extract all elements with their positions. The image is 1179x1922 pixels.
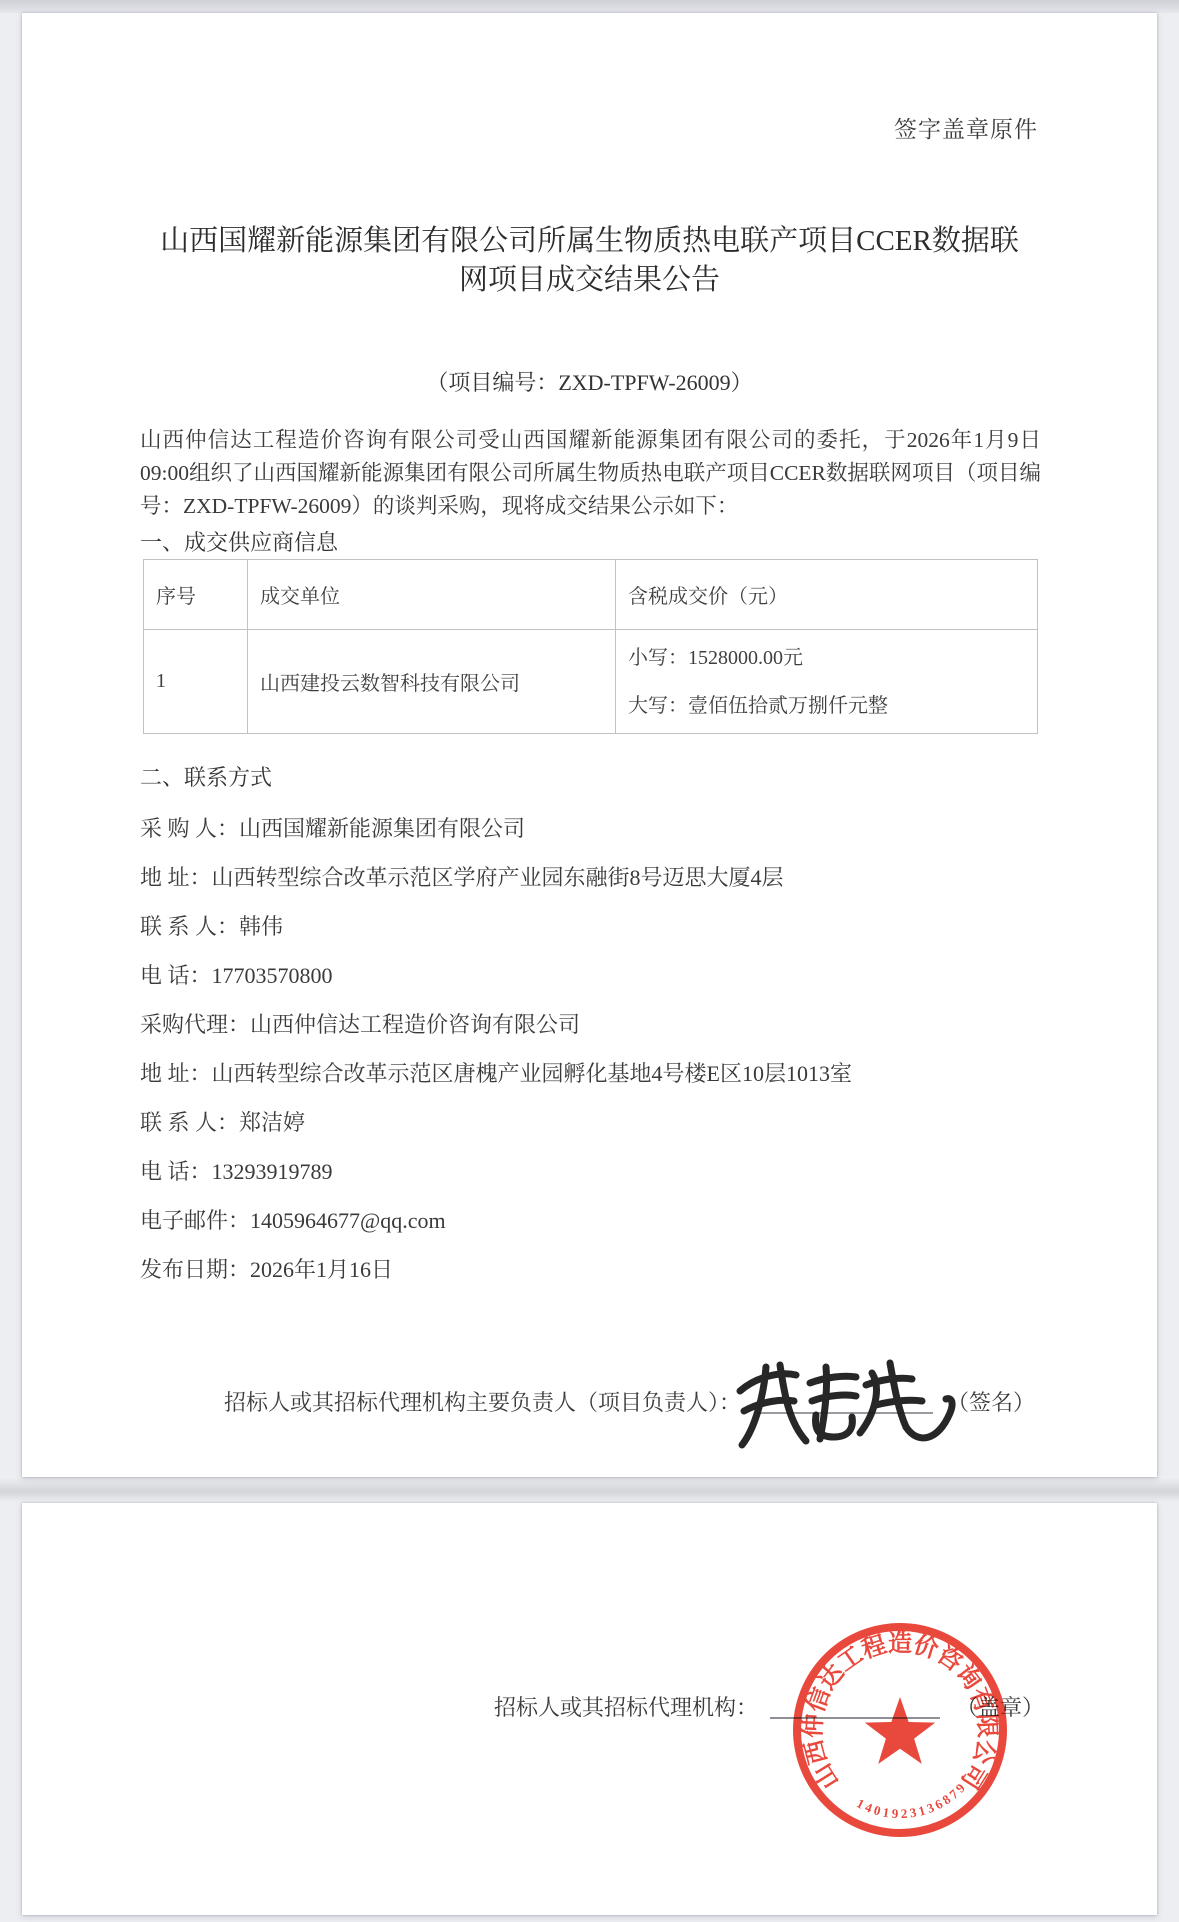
company-seal-stamp: 山西仲信达工程造价咨询有限公司 1401923136879	[785, 1615, 1015, 1845]
contact-line-agent-address: 地 址：山西转型综合改革示范区唐槐产业园孵化基地4号楼E区10层1013室	[140, 1049, 852, 1098]
cell-supplier: 山西建投云数智科技有限公司	[248, 630, 616, 734]
seal-star-icon	[865, 1697, 935, 1764]
page-separator	[0, 1477, 1179, 1503]
section-heading-contact-info: 二、联系方式	[140, 761, 272, 792]
contact-line-buyer-phone: 电 话：17703570800	[140, 951, 852, 1000]
seal-number-arc-text: 1401923136879	[852, 1777, 973, 1830]
project-number-line: （项目编号：ZXD-TPFW-26009）	[22, 366, 1157, 397]
price-uppercase: 大写：壹佰伍拾贰万捌仟元整	[628, 694, 1025, 718]
contact-line-buyer-person: 联 系 人：韩伟	[140, 902, 852, 951]
signature-row-label: 招标人或其招标代理机构主要负责人（项目负责人）：	[224, 1390, 741, 1415]
document-page-1: 签字盖章原件 山西国耀新能源集团有限公司所属生物质热电联产项目CCER数据联 网…	[22, 13, 1157, 1477]
signed-stamped-original-note: 签字盖章原件	[894, 111, 1038, 144]
contact-line-email: 电子邮件：1405964677@qq.com	[140, 1196, 852, 1245]
document-title-line1: 山西国耀新能源集团有限公司所属生物质热电联产项目CCER数据联	[62, 222, 1117, 261]
document-page-2: 招标人或其招标代理机构：（盖章） 山西仲信达工程造价咨询有限公司 1401923…	[22, 1503, 1157, 1915]
intro-paragraph: 山西仲信达工程造价咨询有限公司受山西国耀新能源集团有限公司的委托，于2026年1…	[140, 424, 1041, 523]
supplier-table: 序号 成交单位 含税成交价（元） 1 山西建投云数智科技有限公司 小写：1528…	[143, 559, 1038, 734]
contact-info-block: 采 购 人：山西国耀新能源集团有限公司 地 址：山西转型综合改革示范区学府产业园…	[140, 804, 852, 1294]
supplier-table-row: 1 山西建投云数智科技有限公司 小写：1528000.00元 大写：壹佰伍拾贰万…	[144, 630, 1038, 734]
handwritten-signature	[722, 1349, 972, 1469]
contact-line-buyer: 采 购 人：山西国耀新能源集团有限公司	[140, 804, 852, 853]
supplier-table-header-row: 序号 成交单位 含税成交价（元）	[144, 560, 1038, 630]
screenshot-root: { "doc": { "stamp_note": "签字盖章原件", "titl…	[0, 0, 1179, 1922]
header-cell-supplier: 成交单位	[248, 560, 616, 630]
document-title-line2: 网项目成交结果公告	[62, 261, 1117, 300]
cell-seq: 1	[144, 630, 248, 734]
price-lowercase: 小写：1528000.00元	[628, 646, 1025, 670]
seal-row-label: 招标人或其招标代理机构：	[494, 1695, 758, 1720]
header-cell-price: 含税成交价（元）	[616, 560, 1038, 630]
contact-line-buyer-address: 地 址：山西转型综合改革示范区学府产业园东融街8号迈思大厦4层	[140, 853, 852, 902]
contact-line-agent-person: 联 系 人：郑洁婷	[140, 1098, 852, 1147]
cell-price: 小写：1528000.00元 大写：壹佰伍拾贰万捌仟元整	[616, 630, 1038, 734]
section-heading-supplier-info: 一、成交供应商信息	[140, 526, 338, 557]
contact-line-publish-date: 发布日期：2026年1月16日	[140, 1245, 852, 1294]
contact-line-agent: 采购代理：山西仲信达工程造价咨询有限公司	[140, 1000, 852, 1049]
background-top-band	[0, 0, 1179, 13]
contact-line-agent-phone: 电 话：13293919789	[140, 1147, 852, 1196]
header-cell-seq: 序号	[144, 560, 248, 630]
document-title: 山西国耀新能源集团有限公司所属生物质热电联产项目CCER数据联 网项目成交结果公…	[62, 222, 1117, 300]
